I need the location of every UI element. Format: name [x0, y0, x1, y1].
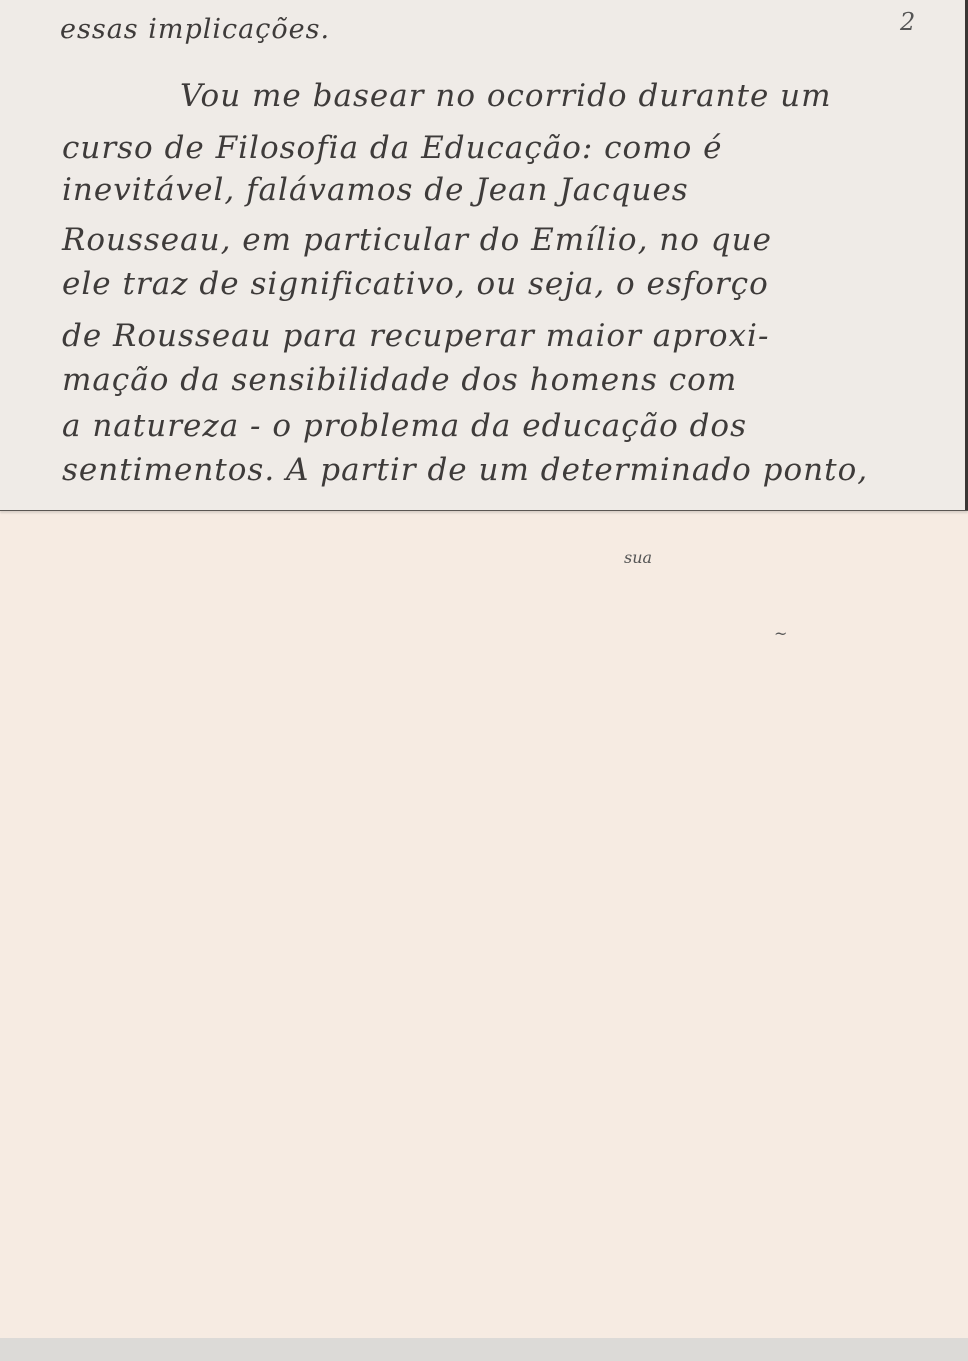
- handwritten-line: sentimentos. A partir de um determinado …: [62, 452, 868, 488]
- handwritten-line: Vou me basear no ocorrido durante um: [180, 78, 832, 114]
- handwritten-line: curso de Filosofia da Educação: como é: [62, 130, 722, 166]
- handwritten-line: Rousseau, em particular do Emílio, no qu…: [62, 222, 772, 258]
- handwritten-line: ele traz de significativo, ou seja, o es…: [62, 266, 769, 302]
- handwritten-line: mação da sensibilidade dos homens com: [62, 362, 737, 398]
- handwritten-line: de Rousseau para recuperar maior aproxi-: [62, 318, 769, 354]
- handwritten-line: a natureza - o problema da educação dos: [62, 408, 747, 444]
- scan-background-strip: [0, 1338, 968, 1361]
- handwritten-line: inevitável, falávamos de Jean Jacques: [62, 172, 689, 208]
- typed-sheet: sua ~: [0, 508, 968, 1338]
- handwritten-line: essas implicações.: [60, 14, 330, 45]
- page-number: 2: [900, 8, 915, 36]
- tilde-annotation: ~: [774, 624, 787, 643]
- handwritten-sheet: 2 essas implicações. Vou me basear no oc…: [0, 0, 968, 511]
- insertion-annotation: sua: [624, 548, 652, 567]
